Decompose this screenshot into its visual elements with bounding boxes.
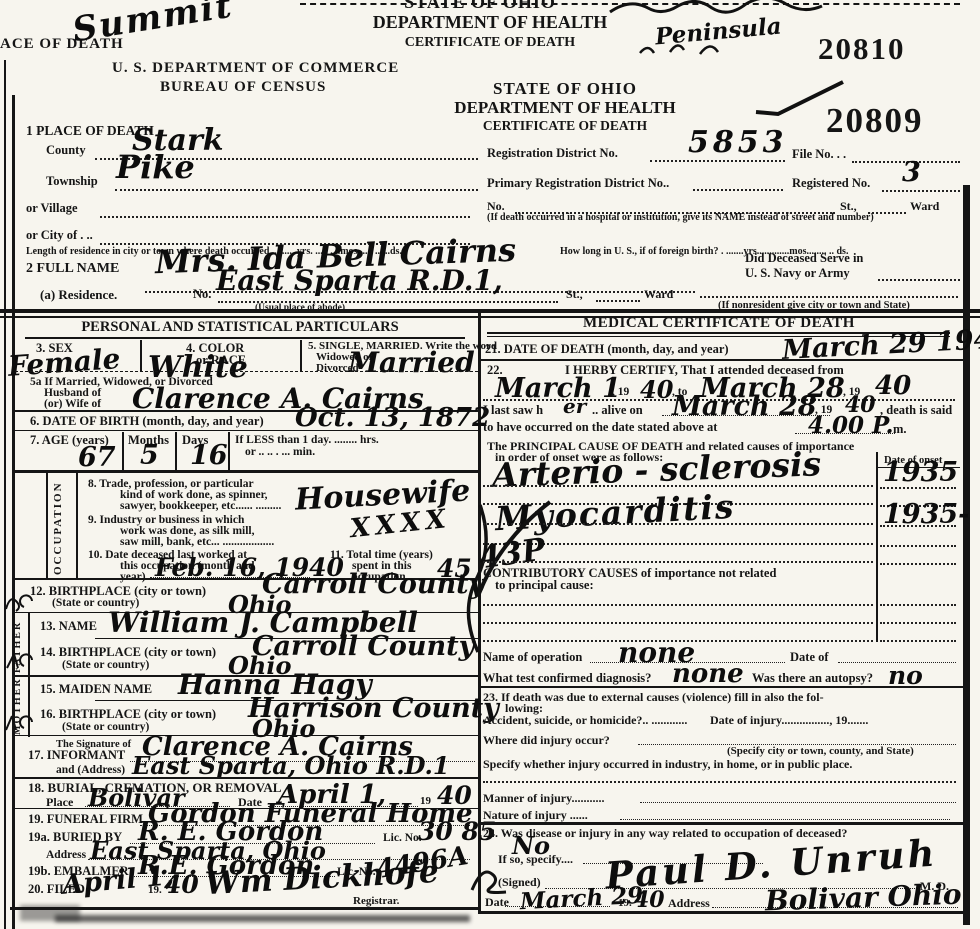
ward-label: Ward xyxy=(910,200,939,213)
occupation-box-line xyxy=(76,473,78,578)
scan-border-left-outer xyxy=(4,60,6,929)
specify-industry-label: Specify whether injury occurred in indus… xyxy=(483,758,852,771)
dotted-line xyxy=(880,545,956,547)
father-birthplace-label: 14. BIRTHPLACE (city or town) xyxy=(40,646,216,660)
bottom-rule xyxy=(478,911,965,914)
registered-no-value: 3 xyxy=(902,158,921,187)
dotted-line xyxy=(483,485,873,487)
trade-label-3: sawyer, bookkeeper, etc...... ......... xyxy=(120,500,281,512)
bottom-rule xyxy=(10,907,478,910)
row-divider xyxy=(15,430,478,431)
occupation-box-line xyxy=(46,473,48,578)
state-title: STATE OF OHIO xyxy=(420,80,710,98)
accident-label: Accident, suicide, or homicide?.. ......… xyxy=(483,714,687,727)
dotted-line xyxy=(640,802,956,803)
residence-street-label: St., xyxy=(566,288,583,301)
residence-label: (a) Residence. xyxy=(40,288,117,302)
margin-code-scrawl xyxy=(2,714,36,734)
primary-registration-label: Primary Registration District No.. xyxy=(487,177,669,191)
physician-address-label: Address xyxy=(668,897,710,910)
nature-of-injury-label: Nature of injury ...... xyxy=(483,809,588,822)
personal-particulars-heading: PERSONAL AND STATISTICAL PARTICULARS xyxy=(30,320,450,336)
cell-divider xyxy=(300,340,302,372)
informant-address-value: East Sparta, Ohio R.D.1 xyxy=(132,753,450,779)
informant-label: 17. INFORMANT xyxy=(28,749,125,763)
wife-of-label: (or) Wife of xyxy=(44,398,101,410)
occupation-vertical-label: OCCUPATION xyxy=(52,480,64,575)
cert-title: CERTIFICATE OF DEATH xyxy=(435,119,695,134)
attended-from-year-prefix: , 19 xyxy=(612,386,629,398)
dept-title: DEPARTMENT OF HEALTH xyxy=(405,99,725,117)
mother-birthplace-label: 16. BIRTHPLACE (city or town) xyxy=(40,708,216,722)
dotted-line xyxy=(483,561,873,563)
autopsy-label: Was there an autopsy? xyxy=(752,672,873,686)
dotted-line xyxy=(882,190,960,192)
mother-state-label: (State or country) xyxy=(62,721,149,733)
less-than-day-label-1: If LESS than 1 day. ........ hrs. xyxy=(235,434,379,446)
pen-scrawl-small xyxy=(470,860,515,900)
margin-code-scrawl xyxy=(2,593,36,613)
last-saw-label-1: I last saw h xyxy=(483,404,543,418)
commerce-title: U. S. DEPARTMENT OF COMMERCE xyxy=(112,60,399,76)
operation-label: Name of operation xyxy=(483,651,582,665)
onset-column-line xyxy=(876,452,878,642)
dotted-line xyxy=(880,487,956,489)
township-label: Township xyxy=(46,175,98,189)
heading-underline xyxy=(25,337,465,339)
last-saw-label-2: .. alive on xyxy=(592,404,643,418)
father-state-label: (State or country) xyxy=(62,659,149,671)
row-divider xyxy=(481,686,963,688)
township-value: Pike xyxy=(116,150,195,185)
dotted-line xyxy=(700,296,958,298)
top-state-title: STATE OF OHIO xyxy=(340,0,620,12)
row-divider-dashed xyxy=(15,371,478,372)
dotted-line xyxy=(650,160,785,162)
dotted-line xyxy=(483,622,873,624)
dotted-line xyxy=(878,279,960,281)
occurred-time-value: 4.00 P. xyxy=(808,414,894,439)
attended-to-year: 40 xyxy=(875,372,911,400)
marital-value: Married xyxy=(348,348,475,378)
date-of-injury-label: Date of injury................, 19......… xyxy=(710,714,868,727)
dotted-line xyxy=(100,216,470,218)
row-divider xyxy=(481,359,963,361)
village-label: or Village xyxy=(26,202,78,216)
age-days-value: 16 xyxy=(190,441,228,470)
filed-year-value: 40 xyxy=(164,871,199,898)
cell-divider xyxy=(228,432,230,470)
signed-date-year: 40 xyxy=(634,889,665,913)
hospital-note: (If death occurred in a hospital or inst… xyxy=(487,213,874,224)
cell-divider xyxy=(175,432,177,470)
test-confirmed-value: none xyxy=(672,660,744,688)
cell-divider xyxy=(140,340,142,372)
test-confirmed-label: What test confirmed diagnosis? xyxy=(483,672,651,686)
street-label: St., xyxy=(840,200,857,213)
filed-year-prefix: 19. xyxy=(148,885,162,897)
served-label-2: U. S. Navy or Army xyxy=(745,267,850,281)
mother-name-label: 15. MAIDEN NAME xyxy=(40,683,152,697)
signed-date-year-prefix: 19. xyxy=(618,898,632,910)
dotted-line xyxy=(483,604,873,606)
section-rule xyxy=(0,309,980,313)
dotted-line xyxy=(880,604,956,606)
registration-district-value: 5853 xyxy=(688,127,788,159)
dotted-line xyxy=(693,189,783,191)
file-number-stamp: 20809 xyxy=(826,102,924,140)
birthplace-value: Carroll County xyxy=(262,570,484,599)
autopsy-value: no xyxy=(888,662,923,689)
manner-of-injury-label: Manner of injury........... xyxy=(483,792,604,805)
operation-date-label: Date of xyxy=(790,651,829,665)
last-saw-her: er xyxy=(563,396,586,418)
funeral-address-label: Address xyxy=(46,849,86,861)
cause-1-onset: 1935 xyxy=(883,458,958,487)
top-file-stamp: 20810 xyxy=(818,32,906,65)
dotted-line xyxy=(880,525,956,527)
top-cert-title: CERTIFICATE OF DEATH xyxy=(355,35,625,50)
less-than-day-label-2: or .. .. . ... min. xyxy=(245,446,315,458)
informant-address-label: and (Address) xyxy=(56,764,125,776)
file-no-label: File No. . . xyxy=(792,148,846,162)
county-label: County xyxy=(46,144,86,158)
registration-district-label: Registration District No. xyxy=(487,147,618,161)
street-no-label: No. xyxy=(487,200,505,213)
last-saw-date: March 28 xyxy=(672,392,817,421)
served-label-1: Did Deceased Serve in xyxy=(745,252,863,266)
contributory-label-2: to principal cause: xyxy=(495,579,594,593)
scan-smudge-bottom xyxy=(55,915,470,922)
registered-no-label: Registered No. xyxy=(792,177,870,191)
father-name-label: 13. NAME xyxy=(40,620,97,634)
dotted-line xyxy=(483,781,956,783)
row-divider xyxy=(15,777,478,779)
row-divider-thick xyxy=(15,470,478,473)
attended-from-value: March 1 xyxy=(495,374,621,403)
scan-border-left-inner xyxy=(12,95,15,929)
dotted-line xyxy=(880,563,956,565)
dotted-line xyxy=(115,189,478,191)
residence-ward-label: Ward xyxy=(644,288,673,301)
dob-label: 6. DATE OF BIRTH (month, day, and year) xyxy=(30,415,264,429)
attended-from-year: 40 xyxy=(640,377,673,403)
residence-value: East Sparta R.D.1, xyxy=(216,266,503,296)
buried-lic-label: Lic. No. xyxy=(383,832,422,844)
margin-code-scrawl xyxy=(2,652,36,672)
dotted-line xyxy=(596,300,640,302)
full-name-label: 2 FULL NAME xyxy=(26,261,119,276)
date-of-death-label: 21. DATE OF DEATH (month, day, and year) xyxy=(485,343,729,357)
city-label: or City of . .. xyxy=(26,229,93,243)
scan-border-right xyxy=(963,185,970,925)
burial-place-label: Place xyxy=(46,796,73,809)
signed-date-label: Date xyxy=(485,896,509,909)
dotted-line xyxy=(880,622,956,624)
dotted-line xyxy=(868,212,906,214)
dotted-line xyxy=(620,819,950,820)
county-scrawl: Summit xyxy=(70,0,236,49)
where-injury-label: Where did injury occur? xyxy=(483,734,610,747)
age-months-value: 5 xyxy=(140,441,159,470)
occurred-label: to have occurred on the date stated abov… xyxy=(483,421,717,435)
residence-no-label: No. xyxy=(193,288,211,302)
census-title: BUREAU OF CENSUS xyxy=(160,79,326,95)
row-divider-thick xyxy=(481,822,963,825)
death-certificate-scan: STATE OF OHIO DEPARTMENT OF HEALTH CERTI… xyxy=(0,0,980,929)
funeral-firm-label: 19. FUNERAL FIRM xyxy=(28,813,143,827)
occurred-m-label: m. xyxy=(893,423,907,437)
dob-value: Oct. 13, 1872 xyxy=(295,404,490,432)
age-years-value: 67 xyxy=(78,443,116,472)
dotted-line xyxy=(880,640,956,642)
industry-label-3: saw mill, bank, etc... .................… xyxy=(120,536,274,548)
cell-divider xyxy=(122,432,124,470)
